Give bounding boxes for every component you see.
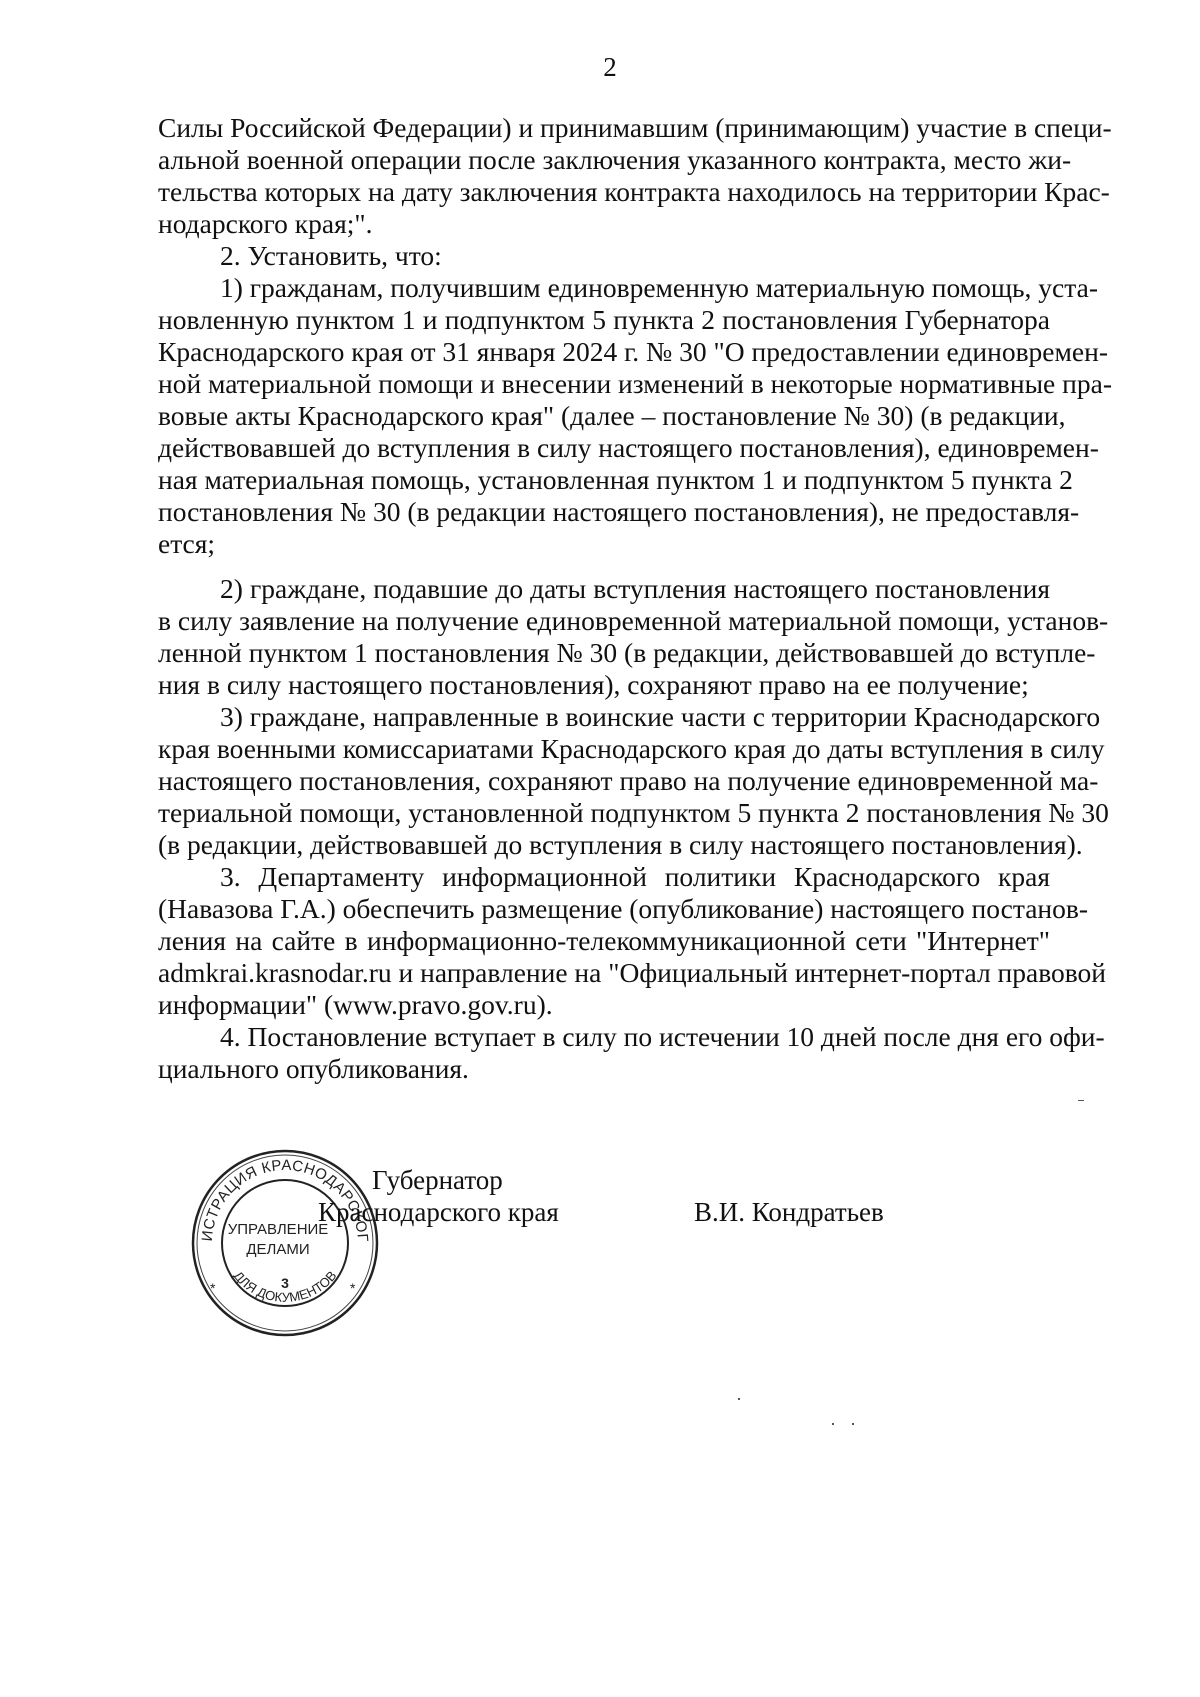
text-line: ленной пунктом 1 постановления № 30 (в р… (158, 638, 1050, 668)
official-stamp-icon: АДМИНИСТРАЦИЯ КРАСНОДАРСКОГО КРАЯ ДЛЯ ДО… (190, 1148, 380, 1338)
document-page: 2 Силы Российской Федерации) и принимавш… (0, 0, 1200, 1697)
text-line: альной военной операции после заключения… (158, 145, 1050, 175)
text-line: ния в силу настоящего постановления), со… (158, 670, 1050, 700)
scan-speck (1078, 1100, 1084, 1101)
text-line: ления на сайте в информационно-телекомму… (158, 926, 1050, 956)
text-line: в силу заявление на получение единовреме… (158, 606, 1050, 636)
stamp-number: 3 (281, 1275, 289, 1291)
scan-speck (832, 1423, 834, 1425)
text-line: 3. Департаменту информационной политики … (220, 862, 1050, 892)
text-line: 2. Установить, что: (220, 241, 1050, 271)
text-line: Краснодарского края от 31 января 2024 г.… (158, 337, 1050, 367)
scan-speck (738, 1398, 740, 1400)
text-line: новленную пунктом 1 и подпунктом 5 пункт… (158, 305, 1050, 335)
svg-text:*: * (350, 1280, 356, 1296)
text-line: ная материальная помощь, установленная п… (158, 465, 1050, 495)
text-line: вовые акты Краснодарского края" (далее –… (158, 401, 1050, 431)
signatory-title-line2: Краснодарского края (318, 1197, 559, 1228)
page-number: 2 (0, 52, 1200, 83)
text-line: 1) гражданам, получившим единовременную … (220, 273, 1050, 303)
stamp-center-line2: ДЕЛАМИ (246, 1241, 309, 1258)
scan-speck (852, 1423, 854, 1425)
text-line: края военными комиссариатами Краснодарск… (158, 734, 1050, 764)
text-line: настоящего постановления, сохраняют прав… (158, 766, 1050, 796)
signatory-name: В.И. Кондратьев (694, 1197, 884, 1228)
text-line: 4. Постановление вступает в силу по исте… (220, 1022, 1050, 1052)
text-line: нодарского края;". (158, 209, 1050, 239)
text-line: ной материальной помощи и внесении измен… (158, 369, 1050, 399)
text-line: 3) граждане, направленные в воинские час… (220, 702, 1050, 732)
svg-text:*: * (210, 1280, 216, 1296)
text-line: информации" (www.pravo.gov.ru). (158, 990, 1050, 1020)
text-line: Силы Российской Федерации) и принимавшим… (158, 113, 1050, 143)
text-line: (Навазова Г.А.) обеспечить размещение (о… (158, 894, 1050, 924)
text-line: 2) граждане, подавшие до даты вступления… (220, 574, 1050, 604)
text-line: действовавшей до вступления в силу насто… (158, 433, 1050, 463)
stamp-center-line1: УПРАВЛЕНИЕ (228, 1221, 329, 1238)
text-line: териальной помощи, установленной подпунк… (158, 798, 1050, 828)
text-line: ется; (158, 529, 1050, 559)
text-line: тельства которых на дату заключения конт… (158, 177, 1050, 207)
text-line: циального опубликования. (158, 1054, 1050, 1084)
text-line: admkrai.krasnodar.ru и направление на "О… (158, 958, 1050, 988)
signatory-title-line1: Губернатор (372, 1165, 503, 1196)
text-line: (в редакции, действовавшей до вступления… (158, 830, 1050, 860)
text-line: постановления № 30 (в редакции настоящег… (158, 497, 1050, 527)
